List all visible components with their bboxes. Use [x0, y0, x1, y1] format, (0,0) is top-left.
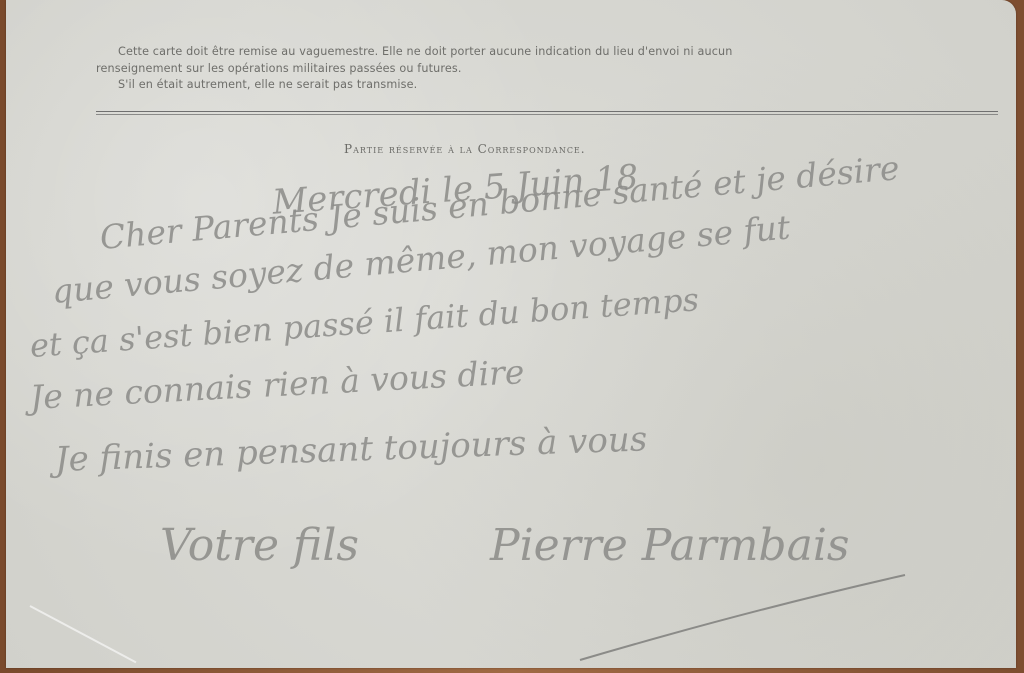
signature-underline — [0, 0, 1024, 673]
